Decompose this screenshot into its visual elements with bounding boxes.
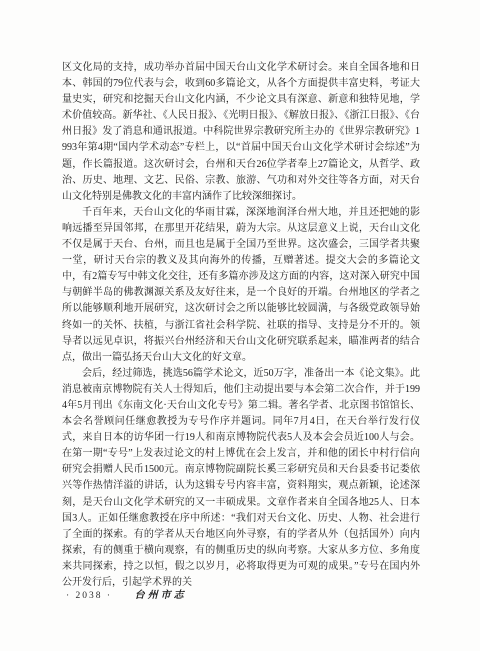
page-text-block: 区文化局的支持，成功举办首届中国天台山文化学术研讨会。来自全国各地和日本、韩国的…	[62, 60, 420, 591]
paragraph-qianbainian: 千百年来，天台山文化的华雨甘霖，深深地润泽台州大地，并且还把她的影响远播至异国邻…	[62, 205, 420, 366]
page-number: · 2038 ·	[66, 591, 112, 601]
page-footer: · 2038 · 台州市志	[66, 589, 420, 603]
book-title: 台州市志	[135, 590, 187, 601]
paragraph-huihou: 会后，经过筛选，挑选56篇学术论文，近50万字，准备出一本《论文集》。此消息被南…	[62, 366, 420, 591]
paragraph-continuation: 区文化局的支持，成功举办首届中国天台山文化学术研讨会。来自全国各地和日本、韩国的…	[62, 60, 420, 205]
book-page: 区文化局的支持，成功举办首届中国天台山文化学术研讨会。来自全国各地和日本、韩国的…	[0, 0, 480, 651]
